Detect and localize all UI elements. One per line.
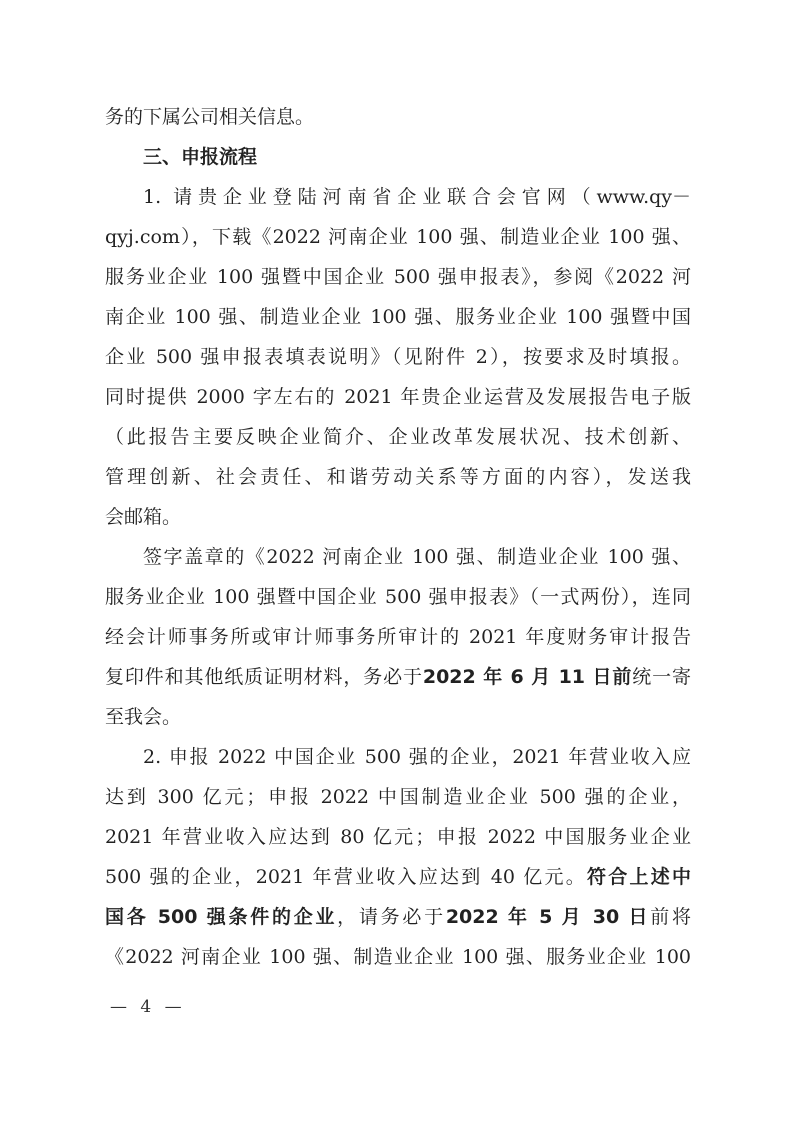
document-page: 务的下属公司相关信息。 三、申报流程 1. 请贵企业登陆河南省企业联合会官网（w… xyxy=(0,0,794,1123)
paragraph-line: 《2022 河南企业 100 强、制造业企业 100 强、服务业企业 100 xyxy=(105,942,691,972)
paragraph-line: 服务业企业 100 强暨中国企业 500 强申报表》，参阅《2022 河 xyxy=(105,262,691,292)
paragraph-line: 复印件和其他纸质证明材料，务必于2022 年 6 月 11 日前统一寄 xyxy=(105,662,691,692)
emphasis-bold: 国各 500 强条件的企业 xyxy=(105,906,337,928)
paragraph-line: 2021 年营业收入应达到 80 亿元；申报 2022 中国服务业企业 xyxy=(105,822,691,852)
paragraph-line: 同时提供 2000 字左右的 2021 年贵企业运营及发展报告电子版 xyxy=(105,382,691,412)
paragraph-line: 管理创新、社会责任、和谐劳动关系等方面的内容），发送我 xyxy=(105,462,691,492)
emphasis-bold: 符合上述中 xyxy=(587,866,691,888)
paragraph-line: 会邮箱。 xyxy=(105,502,691,532)
paragraph-line: 签字盖章的《2022 河南企业 100 强、制造业企业 100 强、 xyxy=(143,542,691,572)
text-run: 500 强的企业，2021 年营业收入应达到 40 亿元。 xyxy=(105,866,587,888)
deadline-bold: 2022 年 5 月 30 日 xyxy=(446,906,650,928)
text-run: 前将 xyxy=(650,906,691,928)
deadline-bold: 2022 年 6 月 11 日前 xyxy=(423,666,632,688)
paragraph-line: 2. 申报 2022 中国企业 500 强的企业，2021 年营业收入应 xyxy=(143,742,691,772)
text-run: ，请务必于 xyxy=(337,906,446,928)
paragraph-line: 达到 300 亿元；申报 2022 中国制造业企业 500 强的企业， xyxy=(105,782,691,812)
paragraph-line: 服务业企业 100 强暨中国企业 500 强申报表》（一式两份），连同 xyxy=(105,582,691,612)
paragraph-line: 至我会。 xyxy=(105,702,691,732)
paragraph-line: 国各 500 强条件的企业，请务必于2022 年 5 月 30 日前将 xyxy=(105,902,691,932)
paragraph-line: 企业 500 强申报表填表说明》（见附件 2），按要求及时填报。 xyxy=(105,342,691,372)
paragraph-line: 500 强的企业，2021 年营业收入应达到 40 亿元。符合上述中 xyxy=(105,862,691,892)
paragraph-line: 南企业 100 强、制造业企业 100 强、服务业企业 100 强暨中国 xyxy=(105,302,691,332)
paragraph-line: 经会计师事务所或审计师事务所审计的 2021 年度财务审计报告 xyxy=(105,622,691,652)
paragraph-line: （此报告主要反映企业简介、企业改革发展状况、技术创新、 xyxy=(105,422,691,452)
paragraph-line: 务的下属公司相关信息。 xyxy=(105,102,691,132)
section-heading: 三、申报流程 xyxy=(143,142,691,172)
page-number: — 4 — xyxy=(110,995,186,1019)
text-run: 复印件和其他纸质证明材料，务必于 xyxy=(105,666,423,688)
paragraph-line: qyj.com），下载《2022 河南企业 100 强、制造业企业 100 强、 xyxy=(105,222,691,252)
paragraph-line: 1. 请贵企业登陆河南省企业联合会官网（www.qy－ xyxy=(143,182,691,212)
text-run: 统一寄 xyxy=(632,666,691,688)
